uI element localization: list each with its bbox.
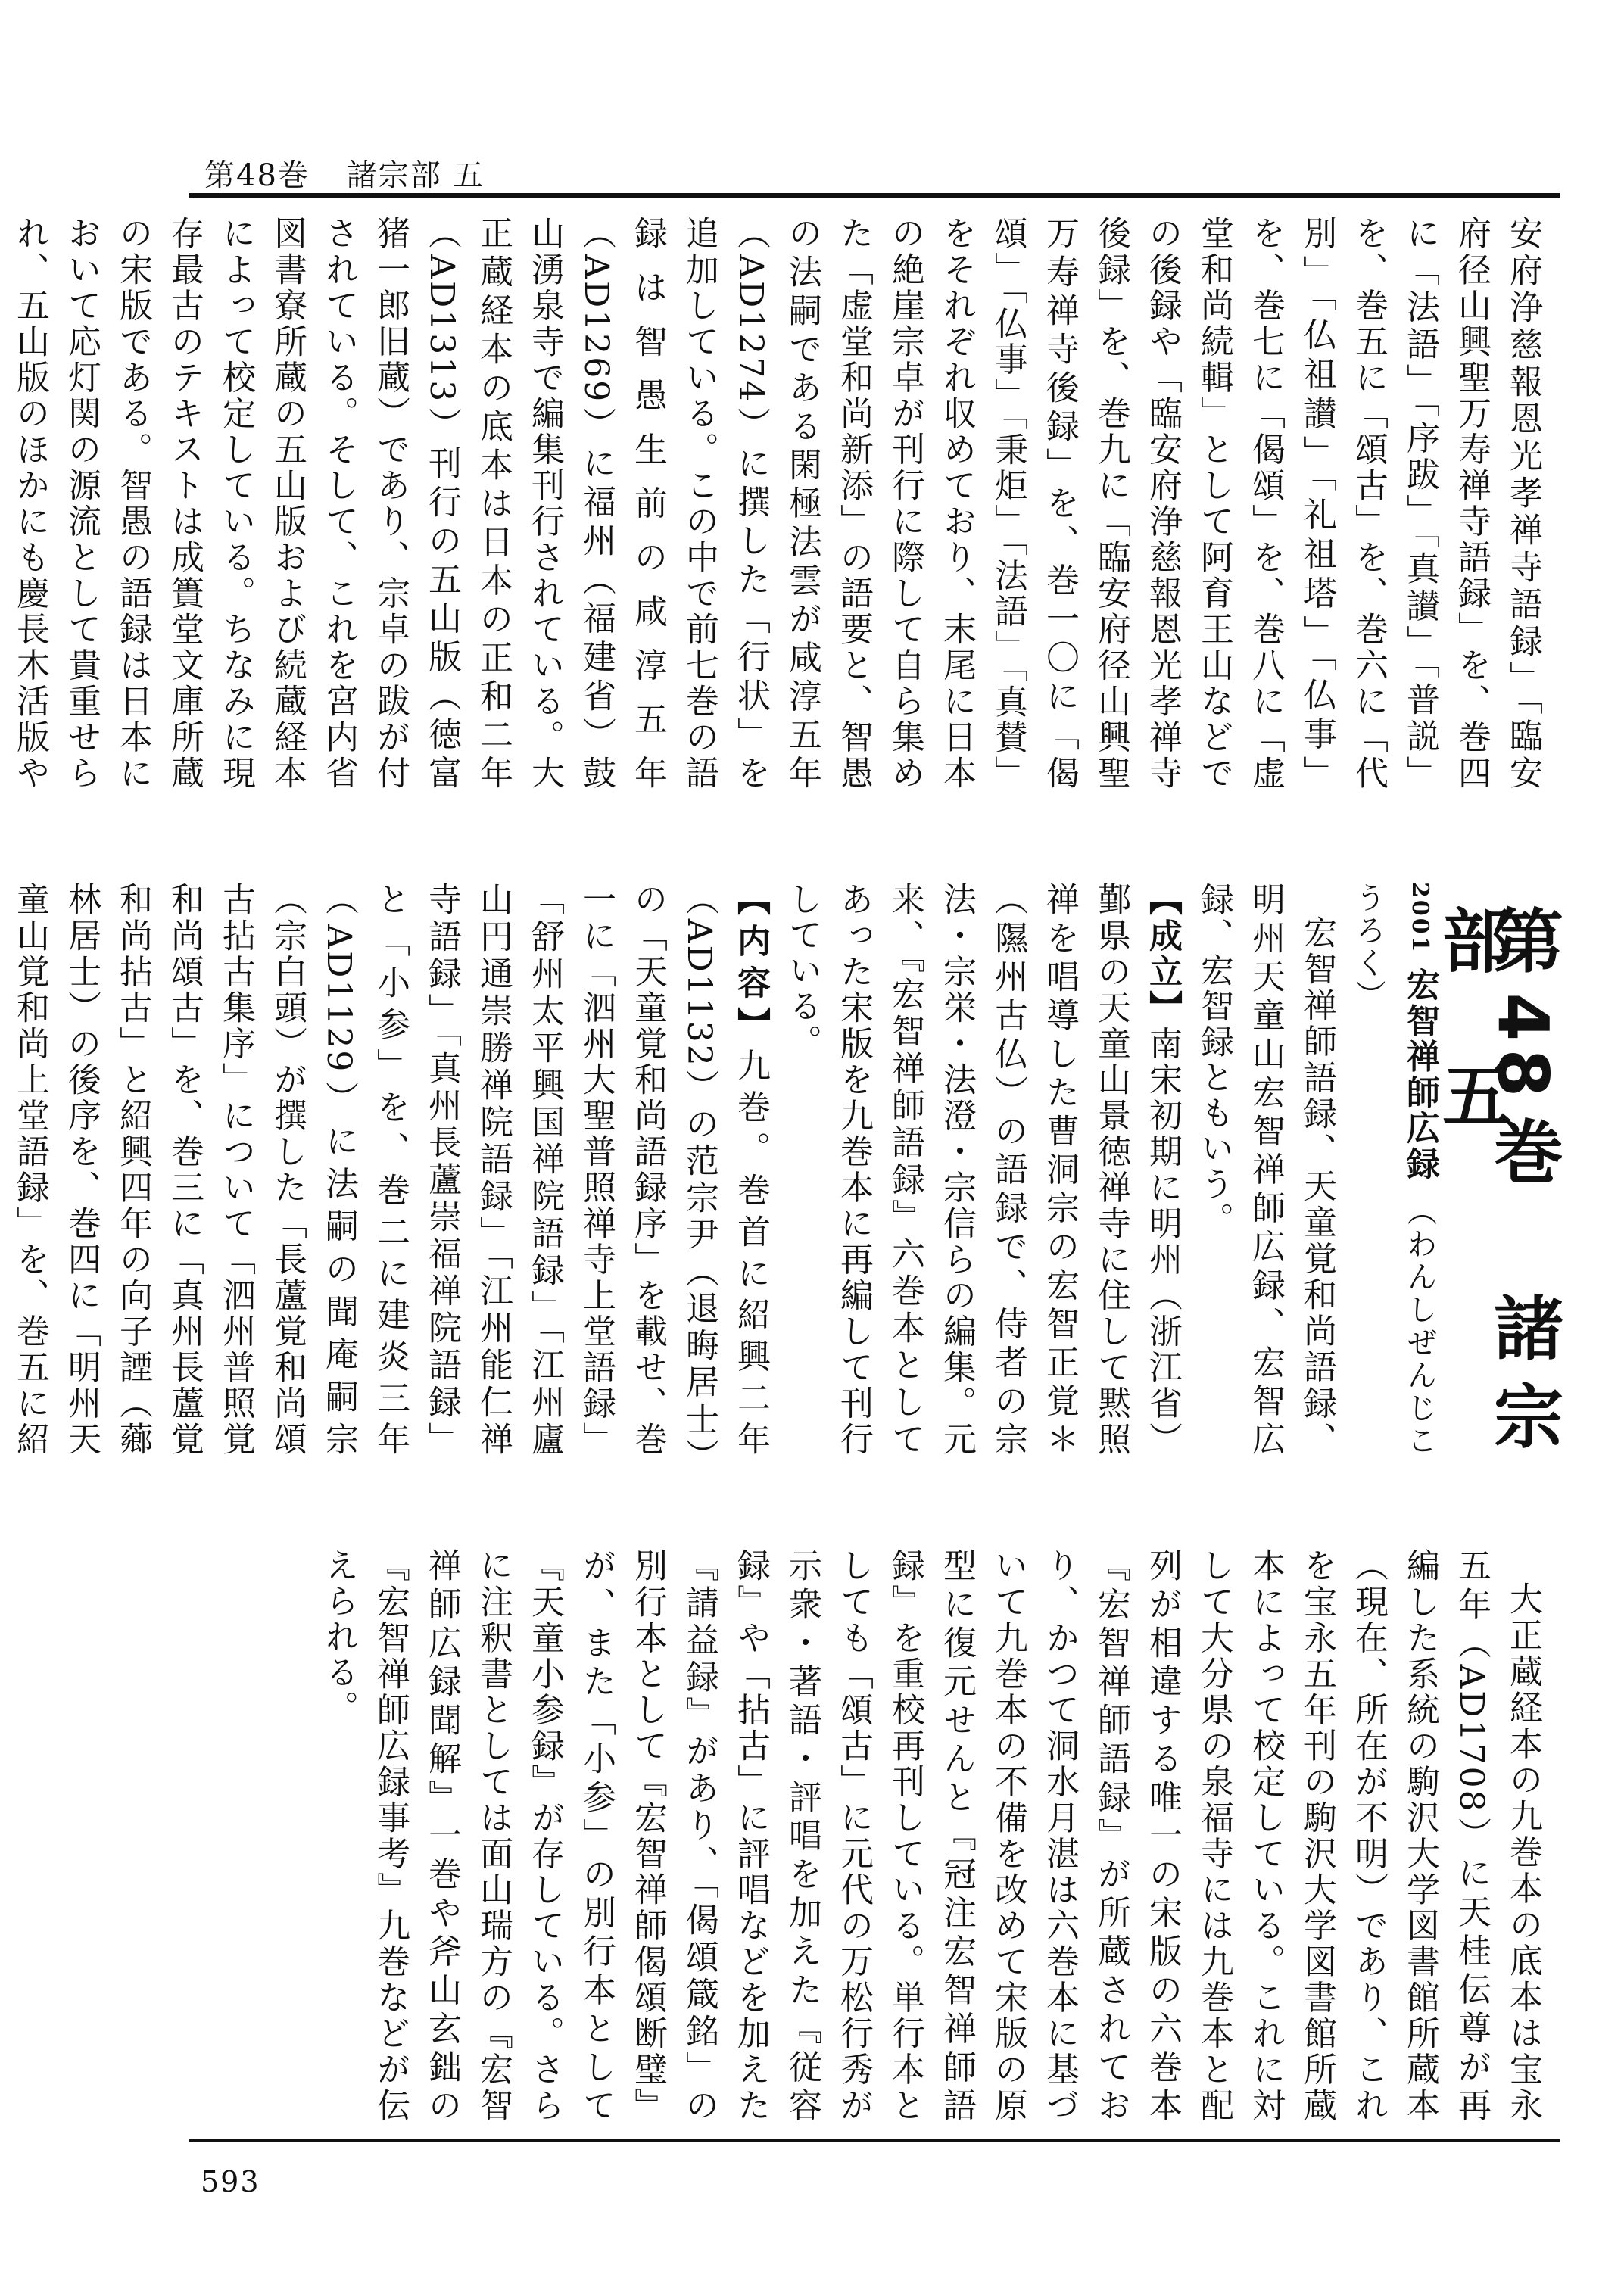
entry-heading: 2001 宏智禅師広録 （わんしぜんじこうろく） <box>1342 882 1445 1457</box>
entry-paragraph-2: 大正蔵経本の九巻本の底本は宝永五年（AD1708）に天桂伝尊が再編した系統の駒沢… <box>313 1548 1548 2123</box>
entry-title: 宏智禅師広録 <box>1401 967 1439 1182</box>
running-header: 第48巻 諸宗部 五 <box>204 151 485 195</box>
previous-entry-paragraph: 安府浄慈報恩光孝禅寺語録」「臨安府径山興聖万寿禅寺語録」を、巻四に「法語」「序跋… <box>0 216 1548 791</box>
origin-label: 【成立】 <box>1143 882 1182 1026</box>
header-section: 諸宗部 五 <box>347 158 485 193</box>
entry-2001-continued: 大正蔵経本の九巻本の底本は宝永五年（AD1708）に天桂伝尊が再編した系統の駒沢… <box>193 1548 1548 2123</box>
content-text: 九巻。巻首に紹興二年（AD1132）の范宗尹（退晦居士）の「天童覚和尚語録序」を… <box>0 882 770 1457</box>
entry-content: 【内容】九巻。巻首に紹興二年（AD1132）の范宗尹（退晦居士）の「天童覚和尚語… <box>0 882 776 1457</box>
entry-2001: 第48巻 諸宗部 五 2001 宏智禅師広録 （わんしぜんじこうろく） 宏智禅師… <box>193 882 1548 1457</box>
page-number: 593 <box>201 2165 260 2198</box>
previous-entry-continuation: 安府浄慈報恩光孝禅寺語録」「臨安府径山興聖万寿禅寺語録」を、巻四に「法語」「序跋… <box>193 216 1548 791</box>
header-volume: 第48巻 <box>204 158 310 193</box>
content-label: 【内容】 <box>731 882 770 1048</box>
origin-text: 南宋初期に明州（浙江省）鄞県の天童山景徳禅寺に住して黙照禅を唱導した曹洞宗の宏智… <box>783 882 1182 1457</box>
header-rule <box>189 193 1560 198</box>
volume-title: 第48巻 諸宗部 五 <box>1445 882 1548 1457</box>
footer-rule <box>189 2139 1560 2142</box>
entry-number: 2001 <box>1407 882 1433 955</box>
entry-origin: 【成立】南宋初期に明州（浙江省）鄞県の天童山景徳禅寺に住して黙照禅を唱導した曹洞… <box>776 882 1188 1457</box>
entry-aliases: 宏智禅師語録、天童覚和尚語録、明州天童山宏智禅師広録、宏智広録、宏智録ともいう。 <box>1188 882 1342 1457</box>
